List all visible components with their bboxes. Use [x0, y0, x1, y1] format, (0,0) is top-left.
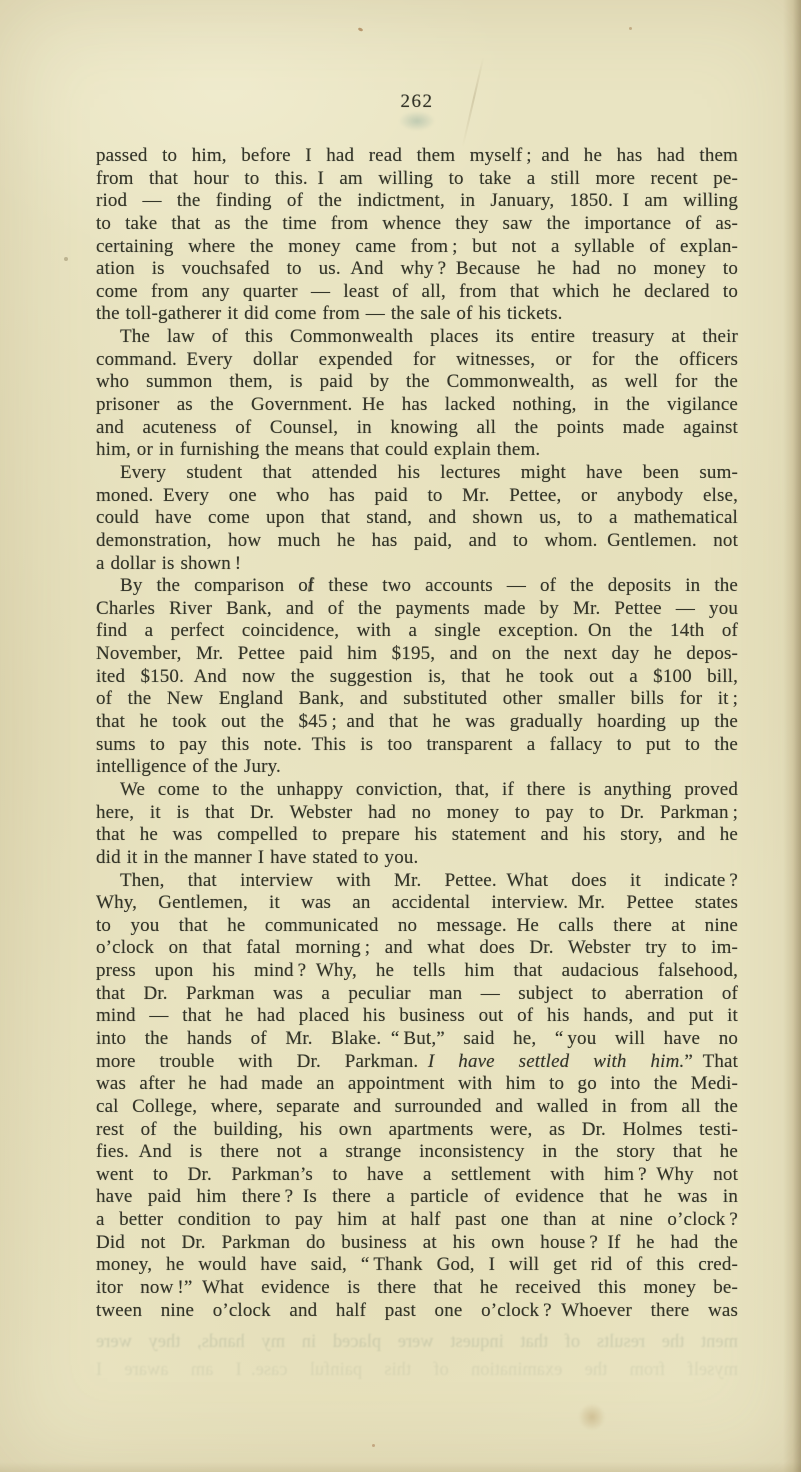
text-line: sums to pay this note. This is too trans… [96, 734, 738, 757]
text-line: that he was compelled to prepare his sta… [96, 824, 738, 847]
text-line: was after he had made an appointment wit… [96, 1073, 738, 1096]
text-line: that he took out the $45 ; and that he w… [96, 711, 738, 734]
text-block: passed to him, before I had read them my… [96, 145, 738, 1322]
text-line: Every student that attended his lectures… [96, 462, 738, 485]
text-line: Did not Dr. Parkman do business at his o… [96, 1232, 738, 1255]
text-line: By the comparison of these two accounts … [96, 575, 738, 598]
text-line: press upon his mind ? Why, he tells him … [96, 960, 738, 983]
text-line: a dollar is shown ! [96, 553, 738, 576]
ink-transfer-smudge [399, 111, 435, 131]
text-line: Why, Gentlemen, it was an accidental int… [96, 892, 738, 915]
text-line: have paid him there ? Is there a particl… [96, 1186, 738, 1209]
text-line: moned. Every one who has paid to Mr. Pet… [96, 485, 738, 508]
text-line: a better condition to pay him at half pa… [96, 1209, 738, 1232]
text-line: the toll-gatherer it did come from — the… [96, 303, 738, 326]
text-line: intelligence of the Jury. [96, 756, 738, 779]
text-line: into the hands of Mr. Blake. “ But,” sai… [96, 1028, 738, 1051]
text-line: ited $150. And now the suggestion is, th… [96, 666, 738, 689]
text-line: mind — that he had placed his business o… [96, 1005, 738, 1028]
page-number: 262 [96, 91, 738, 113]
text-line: command. Every dollar expended for witne… [96, 349, 738, 372]
paper-speck [372, 1444, 375, 1447]
text-line: to take that as the time from whence the… [96, 213, 738, 236]
text-segment: more trouble with Dr. Parkman. [96, 1051, 428, 1072]
text-line: that Dr. Parkman was a peculiar man — su… [96, 983, 738, 1006]
page-edge-shadow [0, 1462, 801, 1472]
text-line: from that hour to this. I am willing to … [96, 168, 738, 191]
text-line: cal College, where, separate and surroun… [96, 1096, 738, 1119]
text-line: prisoner as the Government. He has lacke… [96, 394, 738, 417]
text-line: of the New England Bank, and substituted… [96, 688, 738, 711]
text-line: ation is vouchsafed to us. And why ? Bec… [96, 258, 738, 281]
text-line: itor now !” What evidence is there that … [96, 1277, 738, 1300]
text-line: could have come upon that stand, and sho… [96, 507, 738, 530]
text-line: more trouble with Dr. Parkman. I have se… [96, 1051, 738, 1074]
bleed-through-text: myself from the examination of this pain… [96, 1359, 738, 1381]
text-line: Charles River Bank, and of the payments … [96, 598, 738, 621]
paper-stain [578, 1404, 606, 1430]
book-page: 262 passed to him, before I had read the… [0, 0, 801, 1472]
text-line: and acuteness of Counsel, in knowing all… [96, 417, 738, 440]
text-segment: I have settled with him. [428, 1051, 684, 1072]
text-line: money, he would have said, “ Thank God, … [96, 1254, 738, 1277]
text-line: who summon them, is paid by the Commonwe… [96, 371, 738, 394]
text-line: certaining where the money came from ; b… [96, 236, 738, 259]
text-line: here, it is that Dr. Webster had no mone… [96, 802, 738, 825]
text-line: The law of this Commonwealth places its … [96, 326, 738, 349]
text-line: tween nine o’clock and half past one o’c… [96, 1300, 738, 1323]
text-segment: ” That [684, 1051, 738, 1072]
page-edge-shadow [783, 0, 801, 1472]
text-line: riod — the finding of the indictment, in… [96, 190, 738, 213]
text-line: passed to him, before I had read them my… [96, 145, 738, 168]
text-line: come from any quarter — least of all, fr… [96, 281, 738, 304]
text-line: him, or in furnishing the means that cou… [96, 439, 738, 462]
bleed-through-text: ment the results of that inquest were pl… [96, 1331, 738, 1353]
text-line: November, Mr. Pettee paid him $195, and … [96, 643, 738, 666]
text-line: went to Dr. Parkman’s to have a settleme… [96, 1164, 738, 1187]
text-line: Then, that interview with Mr. Pettee. Wh… [96, 870, 738, 893]
paper-speck [64, 257, 68, 261]
paper-speck [358, 27, 364, 32]
paper-speck [629, 27, 632, 30]
text-line: fies. And is there not a strange inconsi… [96, 1141, 738, 1164]
text-line: to you that he communicated no message. … [96, 915, 738, 938]
text-line: We come to the unhappy conviction, that,… [96, 779, 738, 802]
text-line: demonstration, how much he has paid, and… [96, 530, 738, 553]
text-line: o’clock on that fatal morning ; and what… [96, 937, 738, 960]
text-line: find a perfect coincidence, with a singl… [96, 620, 738, 643]
text-line: rest of the building, his own apartments… [96, 1119, 738, 1142]
text-line: did it in the manner I have stated to yo… [96, 847, 738, 870]
